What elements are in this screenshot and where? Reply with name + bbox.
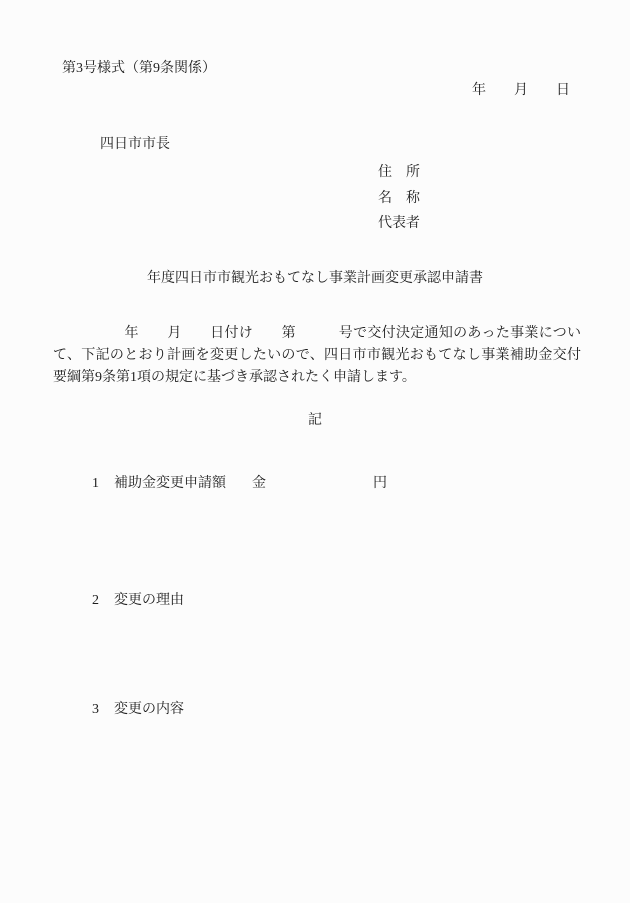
- item-number: 3: [92, 702, 99, 717]
- form-number: 第3号様式（第9条関係）: [62, 61, 216, 77]
- amount-unit: 円: [373, 476, 387, 491]
- document-title: 年度四日市市観光おもてなし事業計画変更承認申請書: [0, 271, 630, 287]
- addressee: 四日市市長: [100, 137, 170, 153]
- item-number: 2: [92, 593, 99, 608]
- document-page: 第3号様式（第9条関係） 年 月 日 四日市市長 住 所 名 称 代表者 年度四…: [0, 0, 630, 903]
- applicant-address-label: 住 所: [378, 165, 420, 181]
- item-row-change-reason: 2変更の理由: [78, 577, 184, 625]
- applicant-name-label: 名 称: [378, 191, 420, 207]
- applicant-representative-label: 代表者: [378, 216, 420, 232]
- record-marker: 記: [0, 413, 630, 429]
- body-paragraph: 年 月 日付け 第 号で交付決定通知のあった事業について、下記のとおり計画を変更…: [53, 323, 581, 389]
- item-number: 1: [92, 476, 99, 491]
- item-row-subsidy-amount: 1補助金変更申請額金円: [78, 460, 387, 508]
- item-label: 変更の理由: [114, 593, 184, 608]
- item-label: 補助金変更申請額: [114, 476, 226, 491]
- item-row-change-details: 3変更の内容: [78, 686, 184, 734]
- item-label: 変更の内容: [114, 702, 184, 717]
- date-line: 年 月 日: [472, 83, 570, 99]
- amount-currency-prefix: 金: [252, 476, 266, 491]
